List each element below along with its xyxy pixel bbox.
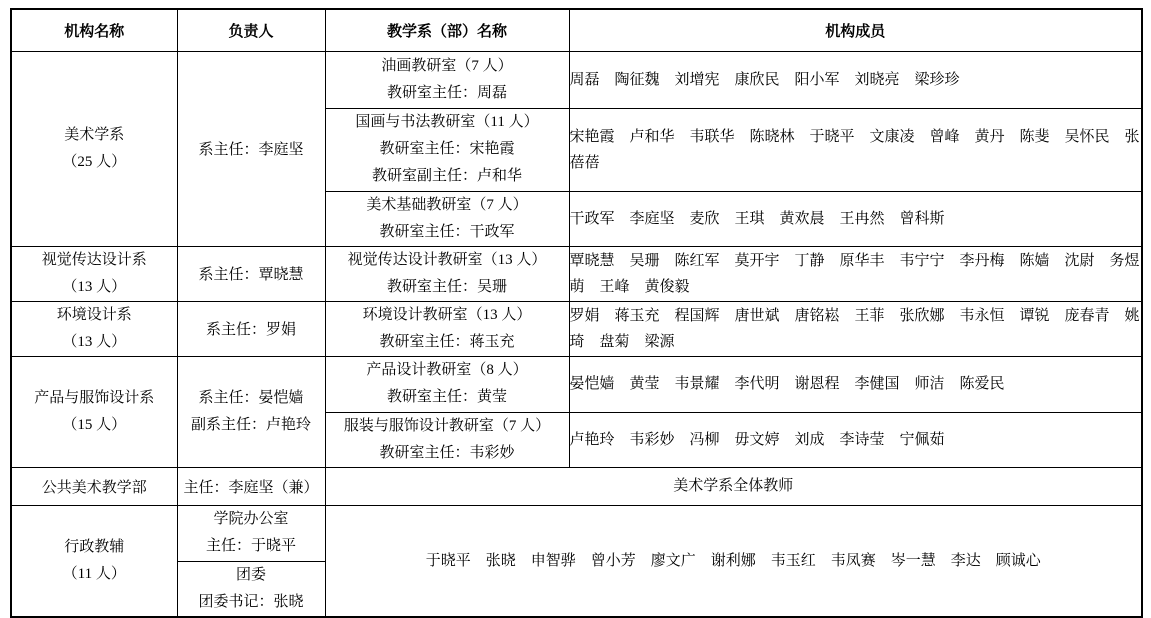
dept-title: 环境设计教研室（13 人） — [326, 302, 569, 329]
org-count: （15 人） — [12, 412, 177, 439]
dept-title: 油画教研室（7 人） — [326, 53, 569, 80]
dept-title: 视觉传达设计教研室（13 人） — [326, 247, 569, 274]
dept-director: 教研室主任：宋艳霞 — [326, 136, 569, 163]
row-product-design: 产品与服饰设计系 （15 人） 系主任：晏恺嫱 副系主任：卢艳玲 产品设计教研室… — [11, 356, 1142, 412]
members-list: 罗娟 蒋玉充 程国辉 唐世斌 唐铭崧 王菲 张欣娜 韦永恒 谭锐 庞春青 姚琦 … — [570, 303, 1142, 355]
org-count: （13 人） — [12, 329, 177, 356]
header-dept-name: 教学系（部）名称 — [325, 9, 569, 51]
row-admin-office: 行政教辅 （11 人） 学院办公室 主任：于晓平 于晓平 张晓 申智骅 曾小芳 … — [11, 505, 1142, 561]
org-name: 产品与服饰设计系 — [12, 385, 177, 412]
cell-org-admin: 行政教辅 （11 人） — [11, 505, 177, 617]
org-name: 环境设计系 — [12, 302, 177, 329]
cell-leader-environment: 系主任：罗娟 — [177, 301, 325, 356]
members-list: 美术学系全体教师 — [326, 473, 1142, 499]
org-count: （25 人） — [12, 149, 177, 176]
row-environment-design: 环境设计系 （13 人） 系主任：罗娟 环境设计教研室（13 人） 教研室主任：… — [11, 301, 1142, 356]
cell-leader-product: 系主任：晏恺嫱 副系主任：卢艳玲 — [177, 356, 325, 467]
org-count: （11 人） — [12, 561, 177, 588]
cell-admin-office: 学院办公室 主任：于晓平 — [177, 505, 325, 561]
cell-leader-visual: 系主任：覃晓慧 — [177, 246, 325, 301]
league-name: 团委 — [178, 562, 325, 589]
cell-members-environment: 罗娟 蒋玉充 程国辉 唐世斌 唐铭崧 王菲 张欣娜 韦永恒 谭锐 庞春青 姚琦 … — [569, 301, 1142, 356]
cell-admin-league: 团委 团委书记：张晓 — [177, 561, 325, 617]
cell-org-environment: 环境设计系 （13 人） — [11, 301, 177, 356]
cell-members-visual: 覃晓慧 吴珊 陈红军 莫开宇 丁静 原华丰 韦宁宁 李丹梅 陈嫱 沈尉 务煜萌 … — [569, 246, 1142, 301]
cell-dept-oil: 油画教研室（7 人） 教研室主任：周磊 — [325, 51, 569, 108]
office-name: 学院办公室 — [178, 506, 325, 533]
cell-members-oil: 周磊 陶征魏 刘增宪 康欣民 阳小军 刘晓亮 梁珍珍 — [569, 51, 1142, 108]
cell-members-basic: 干政军 李庭坚 麦欣 王琪 黄欢晨 王冉然 曾科斯 — [569, 191, 1142, 246]
dept-director: 教研室主任：周磊 — [326, 80, 569, 107]
cell-dept-visual: 视觉传达设计教研室（13 人） 教研室主任：吴珊 — [325, 246, 569, 301]
cell-dept-basic: 美术基础教研室（7 人） 教研室主任：干政军 — [325, 191, 569, 246]
dept-director: 教研室主任：韦彩妙 — [326, 440, 569, 467]
cell-org-fine-arts: 美术学系 （25 人） — [11, 51, 177, 246]
header-org-name: 机构名称 — [11, 9, 177, 51]
org-name: 公共美术教学部 — [12, 476, 177, 497]
cell-leader-public-art: 主任：李庭坚（兼） — [177, 467, 325, 505]
header-row: 机构名称 负责人 教学系（部）名称 机构成员 — [11, 9, 1142, 51]
header-members: 机构成员 — [569, 9, 1142, 51]
org-name: 视觉传达设计系 — [12, 247, 177, 274]
members-list: 覃晓慧 吴珊 陈红军 莫开宇 丁静 原华丰 韦宁宁 李丹梅 陈嫱 沈尉 务煜萌 … — [570, 248, 1142, 300]
dept-title: 服装与服饰设计教研室（7 人） — [326, 413, 569, 440]
dept-director: 教研室主任：黄莹 — [326, 384, 569, 411]
row-public-art-dept: 公共美术教学部 主任：李庭坚（兼） 美术学系全体教师 — [11, 467, 1142, 505]
cell-members-product: 晏恺嫱 黄莹 韦景耀 李代明 谢恩程 李健国 师洁 陈爱民 — [569, 356, 1142, 412]
cell-dept-guohua: 国画与书法教研室（11 人） 教研室主任：宋艳霞 教研室副主任：卢和华 — [325, 108, 569, 191]
dept-title: 国画与书法教研室（11 人） — [326, 109, 569, 136]
org-structure-sheet: 机构名称 负责人 教学系（部）名称 机构成员 美术学系 （25 人） 系主任：李… — [10, 8, 1143, 618]
cell-org-product: 产品与服饰设计系 （15 人） — [11, 356, 177, 467]
cell-members-guohua: 宋艳霞 卢和华 韦联华 陈晓林 于晓平 文康凌 曾峰 黄丹 陈斐 吴怀民 张蓓蓓 — [569, 108, 1142, 191]
dept-deputy-director: 教研室副主任：卢和华 — [326, 163, 569, 190]
dept-director: 教研室主任：吴珊 — [326, 274, 569, 301]
row-visual-design: 视觉传达设计系 （13 人） 系主任：覃晓慧 视觉传达设计教研室（13 人） 教… — [11, 246, 1142, 301]
members-list: 卢艳玲 韦彩妙 冯柳 毋文婷 刘成 李诗莹 宁佩茹 — [570, 427, 1142, 453]
leader-label: 系主任：覃晓慧 — [178, 263, 325, 284]
cell-org-visual: 视觉传达设计系 （13 人） — [11, 246, 177, 301]
league-secretary: 团委书记：张晓 — [178, 589, 325, 616]
org-structure-table: 机构名称 负责人 教学系（部）名称 机构成员 美术学系 （25 人） 系主任：李… — [10, 8, 1143, 618]
cell-members-public-art: 美术学系全体教师 — [325, 467, 1142, 505]
members-list: 宋艳霞 卢和华 韦联华 陈晓林 于晓平 文康凌 曾峰 黄丹 陈斐 吴怀民 张蓓蓓 — [570, 124, 1142, 176]
leader-label: 系主任：李庭坚 — [178, 138, 325, 159]
cell-members-admin: 于晓平 张晓 申智骅 曾小芳 廖文广 谢利娜 韦玉红 韦凤赛 岑一慧 李达 顾诚… — [325, 505, 1142, 617]
deputy-leader-label: 副系主任：卢艳玲 — [178, 412, 325, 439]
header-leader: 负责人 — [177, 9, 325, 51]
members-list: 干政军 李庭坚 麦欣 王琪 黄欢晨 王冉然 曾科斯 — [570, 206, 1142, 232]
row-oil-painting: 美术学系 （25 人） 系主任：李庭坚 油画教研室（7 人） 教研室主任：周磊 … — [11, 51, 1142, 108]
org-name: 行政教辅 — [12, 534, 177, 561]
cell-leader-fine-arts: 系主任：李庭坚 — [177, 51, 325, 246]
org-count: （13 人） — [12, 274, 177, 301]
members-list: 周磊 陶征魏 刘增宪 康欣民 阳小军 刘晓亮 梁珍珍 — [570, 67, 1142, 93]
leader-label: 主任：李庭坚（兼） — [178, 476, 325, 497]
members-list: 于晓平 张晓 申智骅 曾小芳 廖文广 谢利娜 韦玉红 韦凤赛 岑一慧 李达 顾诚… — [326, 548, 1142, 574]
cell-dept-fashion: 服装与服饰设计教研室（7 人） 教研室主任：韦彩妙 — [325, 412, 569, 467]
leader-label: 系主任：罗娟 — [178, 318, 325, 339]
dept-title: 产品设计教研室（8 人） — [326, 357, 569, 384]
org-name: 美术学系 — [12, 122, 177, 149]
cell-org-public-art: 公共美术教学部 — [11, 467, 177, 505]
cell-dept-environment: 环境设计教研室（13 人） 教研室主任：蒋玉充 — [325, 301, 569, 356]
members-list: 晏恺嫱 黄莹 韦景耀 李代明 谢恩程 李健国 师洁 陈爱民 — [570, 371, 1142, 397]
dept-director: 教研室主任：蒋玉充 — [326, 329, 569, 356]
office-director: 主任：于晓平 — [178, 533, 325, 560]
cell-members-fashion: 卢艳玲 韦彩妙 冯柳 毋文婷 刘成 李诗莹 宁佩茹 — [569, 412, 1142, 467]
dept-director: 教研室主任：干政军 — [326, 219, 569, 246]
cell-dept-product: 产品设计教研室（8 人） 教研室主任：黄莹 — [325, 356, 569, 412]
leader-label: 系主任：晏恺嫱 — [178, 385, 325, 412]
dept-title: 美术基础教研室（7 人） — [326, 192, 569, 219]
